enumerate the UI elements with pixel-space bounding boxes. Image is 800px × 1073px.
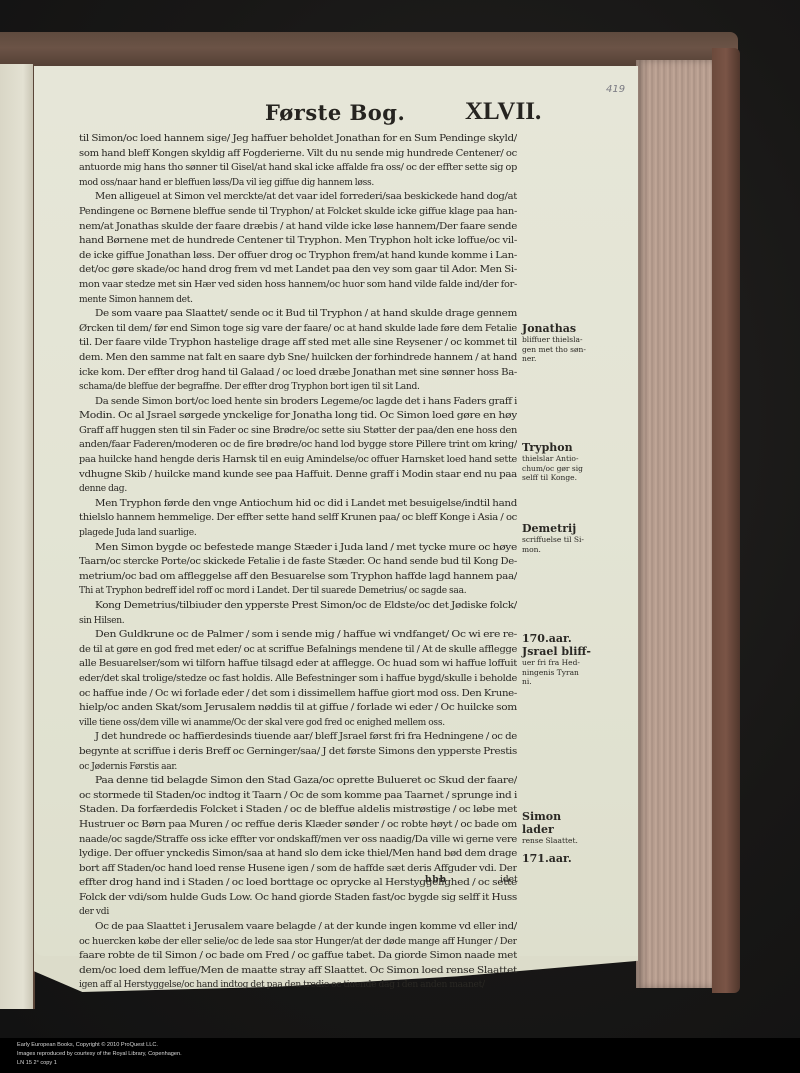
text-line: ville tiene oss/dem ville wi anamme/Oc d… — [79, 716, 517, 731]
text-line: Pendingene oc Børnene bleffue sende til … — [79, 205, 517, 220]
book-cover-right-edge — [712, 48, 740, 993]
text-line: hielp/oc anden Skat/som Jerusalem nøddis… — [79, 701, 517, 716]
text-line: bort aff Staden/oc hand loed rense Husen… — [79, 862, 517, 877]
marginal-note-text: ner. — [522, 354, 594, 364]
text-line: lydige. Der offuer ynckedis Simon/saa at… — [79, 847, 517, 862]
facing-page-edge — [0, 64, 35, 1009]
folio-number: XLVII. — [465, 98, 541, 126]
copyright-footer: Early European Books, Copyright © 2010 P… — [0, 1038, 800, 1073]
text-line: icke kom. Der effter drog hand til Galaa… — [79, 366, 517, 381]
text-line: Den Guldkrune oc de Palmer / som i sende… — [79, 628, 517, 643]
footer-courtesy: Images reproduced by courtesy of the Roy… — [17, 1051, 182, 1057]
marginal-note-text: uer fri fra Hed- — [522, 658, 594, 668]
text-line: faare robte de til Simon / oc bade om Fr… — [79, 949, 517, 964]
text-line: thielslo hannem hemmelige. Der effter se… — [79, 511, 517, 526]
text-line: de icke giffue Jonathan løss. Der offuer… — [79, 249, 517, 264]
text-line: Paa denne tid belagde Simon den Stad Gaz… — [79, 774, 517, 789]
text-line: naade/oc sagde/Straffe oss icke effter v… — [79, 833, 517, 848]
marginal-note: Jonathasbliffuer thielsla-gen met tho sø… — [522, 322, 594, 364]
text-line: som hand bleff Kongen skyldig aff Fogder… — [79, 147, 517, 162]
marginal-note-heading: Jsrael bliff- — [522, 645, 594, 658]
marginal-note: Jsrael bliff-uer fri fra Hed-ningenis Ty… — [522, 645, 594, 687]
text-line: Graff aff huggen sten til sin Fader oc s… — [79, 424, 517, 439]
marginal-note-heading: Jonathas — [522, 322, 594, 335]
footer-copyright: Early European Books, Copyright © 2010 P… — [17, 1042, 158, 1048]
text-line: Folck der vdi/som hulde Guds Low. Oc han… — [79, 891, 517, 906]
text-line: til. Der faare vilde Tryphon hasteligе d… — [79, 336, 517, 351]
marginal-note: Demetrijscriffuelse til Si-mon. — [522, 522, 594, 554]
text-line: Hustruer oc Børn paa Muren / oc reffue d… — [79, 818, 517, 833]
text-line: oc haffue inde / Oc wi forlade eder / de… — [79, 687, 517, 702]
marginal-note-text: chum/oc gør sig — [522, 464, 594, 474]
marginal-note-heading: 170.aar. — [522, 632, 594, 645]
marginal-note-text: selff til Konge. — [522, 473, 594, 483]
text-line: metrium/oc bad om affleggelse aff den Be… — [79, 570, 517, 585]
manuscript-page-number: 419 — [606, 84, 625, 95]
text-line: effter drog hand ind i Staden / oc loed … — [79, 876, 517, 891]
text-line: eder/det skal trolige/stedze oc fast hol… — [79, 672, 517, 687]
text-line: Staden. Da forfærdedis Folcket i Staden … — [79, 803, 517, 818]
text-line: mente Simon hannem det. — [79, 293, 517, 308]
text-line: oc Jødernis Førstis aar. — [79, 760, 517, 775]
text-line: nem/at Jonathas skulde der faare dræbis … — [79, 220, 517, 235]
marginal-note-heading: Tryphon — [522, 441, 594, 454]
text-line: Thi at Tryphon bedreff idel roff oc mord… — [79, 584, 517, 599]
text-line: dem/oc loed dem leffue/Men de maatte str… — [79, 964, 517, 979]
text-line: Men Tryphon førde den vnge Antiochum hid… — [79, 497, 517, 512]
marginal-note-text: ni. — [522, 677, 594, 687]
text-line: Modin. Oc al Jsrael sørgede ynckelige fo… — [79, 409, 517, 424]
text-line: denne dag. — [79, 482, 517, 497]
text-line: De som vaare paa Slaattet/ sende oc it B… — [79, 307, 517, 322]
marginal-note: Simon laderrense Slaattet. — [522, 810, 594, 846]
text-line: hand Børnene met de hundrede Centener ti… — [79, 234, 517, 249]
text-line: oc huercken købe der eller selie/oc de l… — [79, 935, 517, 950]
text-line: der vdi — [79, 905, 517, 920]
text-line: Da sende Simon bort/oc loed hente sin br… — [79, 395, 517, 410]
marginal-note: Tryphonthielslar Antio-chum/oc gør sigse… — [522, 441, 594, 483]
text-line: Taarn/oc stercke Porte/oc skickede Fetal… — [79, 555, 517, 570]
text-line: vdhugne Skib / huilcke mand kunde see pa… — [79, 468, 517, 483]
catchword: idet — [500, 875, 518, 885]
marginal-note: 171.aar. — [522, 852, 594, 865]
marginal-note-text: gen met tho søn- — [522, 345, 594, 355]
text-line: plagede Juda land suarlige. — [79, 526, 517, 541]
text-line: Kong Demetrius/tilbiuder den ypperste Pr… — [79, 599, 517, 614]
marginal-note-heading: 171.aar. — [522, 852, 594, 865]
text-line: anden/faar Faderen/moderen oc de fire br… — [79, 438, 517, 453]
text-line: Ørcken til dem/ før end Simon toge sig v… — [79, 322, 517, 337]
signature-mark: bbb — [425, 875, 447, 885]
marginal-note-text: scriffuelse til Si- — [522, 535, 594, 545]
text-line: schama/de bleffue der begraffne. Der eff… — [79, 380, 517, 395]
text-line: dem. Men den samme nat falt en saare dyb… — [79, 351, 517, 366]
marginal-note-text: mon. — [522, 545, 594, 555]
text-line: mod oss/naar hand er bleffuen løss/Da vi… — [79, 176, 517, 191]
text-line: antuorde mig hans tho sønner til Gisel/a… — [79, 161, 517, 176]
text-line: Oc de paa Slaattet i Jerusalem vaare bel… — [79, 920, 517, 935]
text-line: til Simon/oc loed hannem sige/ Jeg haffu… — [79, 132, 517, 147]
marginal-note-text: rense Slaattet. — [522, 836, 594, 846]
marginal-note-text: thielslar Antio- — [522, 454, 594, 464]
marginal-note-heading: Simon lader — [522, 810, 594, 836]
marginal-note-text: bliffuer thielsla- — [522, 335, 594, 345]
text-line: det/oc gøre skade/oc hand drog frem vd m… — [79, 263, 517, 278]
text-line: igen aff al Herstyggelse/oc hand indtog … — [79, 978, 517, 993]
page-header: Første Bog. XLVII. — [265, 100, 565, 134]
body-text: til Simon/oc loed hannem sige/ Jeg haffu… — [79, 132, 517, 993]
marginal-note: 170.aar. — [522, 632, 594, 645]
book-fore-edge — [636, 60, 716, 988]
text-line: paa huilcke hand hengde deris Harnsk til… — [79, 453, 517, 468]
footer-shelfmark: LN 15 2° copy 1 — [17, 1060, 57, 1066]
text-line: begynte at scriffue i deris Breff oc Ger… — [79, 745, 517, 760]
text-line: de til at gøre en god fred met eder/ oc … — [79, 643, 517, 658]
running-head: Første Bog. — [265, 100, 405, 125]
text-line: Men alligeuel at Simon vel merckte/at de… — [79, 190, 517, 205]
text-line: sin Hilsen. — [79, 614, 517, 629]
text-line: alle Besuarelser/som wi tilforn haffue t… — [79, 657, 517, 672]
text-line: oc stormede til Staden/oc indtog it Taar… — [79, 789, 517, 804]
marginal-note-heading: Demetrij — [522, 522, 594, 535]
text-line: Men Simon bygde oc befestede mange Stæde… — [79, 541, 517, 556]
marginal-note-text: ningenis Tyran — [522, 668, 594, 678]
text-line: mon vaar stedze met sin Hær ved siden ho… — [79, 278, 517, 293]
text-line: J det hundrede oc haffierdesinds tiuende… — [79, 730, 517, 745]
